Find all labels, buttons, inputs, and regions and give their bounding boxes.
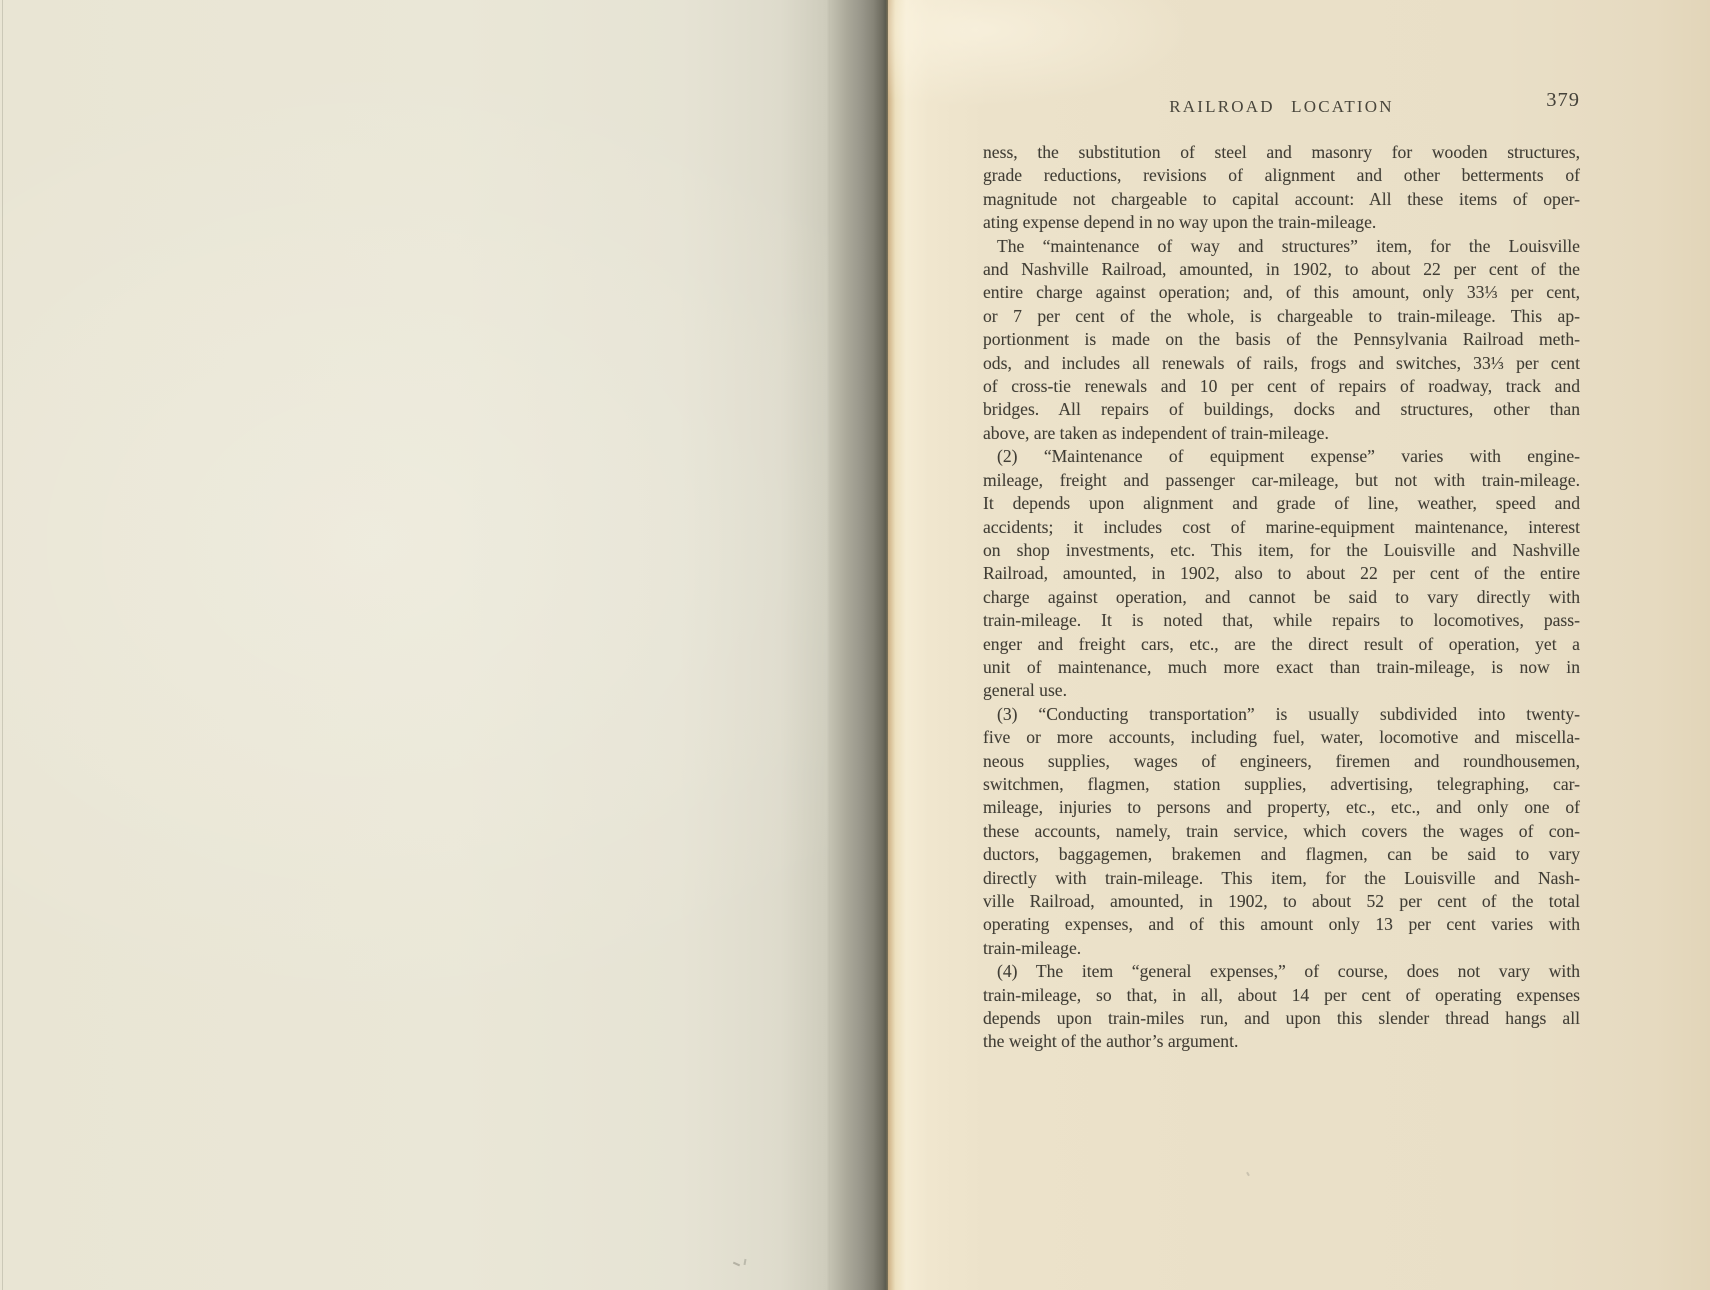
left-blank-page bbox=[0, 0, 830, 1290]
text-line: ness, the substitution of steel and maso… bbox=[983, 141, 1580, 164]
text-line: the weight of the author’s argument. bbox=[983, 1030, 1580, 1053]
text-line: on shop investments, etc. This item, for… bbox=[983, 539, 1580, 562]
text-line: operating expenses, and of this amount o… bbox=[983, 913, 1580, 936]
book-gutter-shadow bbox=[830, 0, 888, 1290]
text-line: (2) “Maintenance of equipment expense” v… bbox=[983, 445, 1580, 468]
text-line: accidents; it includes cost of marine-eq… bbox=[983, 516, 1580, 539]
text-line: and Nashville Railroad, amounted, in 190… bbox=[983, 258, 1580, 281]
paper-speck bbox=[1541, 763, 1544, 766]
text-line: switchmen, flagmen, station supplies, ad… bbox=[983, 773, 1580, 796]
text-line: mileage, injuries to persons and propert… bbox=[983, 796, 1580, 819]
text-line: magnitude not chargeable to capital acco… bbox=[983, 188, 1580, 211]
text-line: directly with train-mileage. This item, … bbox=[983, 867, 1580, 890]
text-line: bridges. All repairs of buildings, docks… bbox=[983, 398, 1580, 421]
text-line: unit of maintenance, much more exact tha… bbox=[983, 656, 1580, 679]
text-line: train-mileage, so that, in all, about 14… bbox=[983, 984, 1580, 1007]
text-block: ness, the substitution of steel and maso… bbox=[983, 141, 1580, 1054]
text-line: enger and freight cars, etc., are the di… bbox=[983, 633, 1580, 656]
text-line: these accounts, namely, train service, w… bbox=[983, 820, 1580, 843]
text-line: ville Railroad, amounted, in 1902, to ab… bbox=[983, 890, 1580, 913]
text-line: general use. bbox=[983, 679, 1580, 702]
text-line: ductors, baggagemen, brakemen and flagme… bbox=[983, 843, 1580, 866]
text-line: mileage, freight and passenger car-milea… bbox=[983, 469, 1580, 492]
text-line: train-mileage. It is noted that, while r… bbox=[983, 609, 1580, 632]
text-line: entire charge against operation; and, of… bbox=[983, 281, 1580, 304]
text-line: neous supplies, wages of engineers, fire… bbox=[983, 750, 1580, 773]
text-line: train-mileage. bbox=[983, 937, 1580, 960]
text-line: five or more accounts, including fuel, w… bbox=[983, 726, 1580, 749]
text-line: depends upon train-miles run, and upon t… bbox=[983, 1007, 1580, 1030]
page-number: 379 bbox=[983, 89, 1580, 112]
text-line: ating expense depend in no way upon the … bbox=[983, 211, 1580, 234]
text-line: Railroad, amounted, in 1902, also to abo… bbox=[983, 562, 1580, 585]
text-line: ods, and includes all renewals of rails,… bbox=[983, 352, 1580, 375]
text-line: above, are taken as independent of train… bbox=[983, 422, 1580, 445]
text-line: portionment is made on the basis of the … bbox=[983, 328, 1580, 351]
text-line: (3) “Conducting transportation” is usual… bbox=[983, 703, 1580, 726]
text-line: (4) The item “general expenses,” of cour… bbox=[983, 960, 1580, 983]
book-scan: RAILROAD LOCATION 379 ness, the substitu… bbox=[0, 0, 1710, 1290]
text-line: grade reductions, revisions of alignment… bbox=[983, 164, 1580, 187]
text-line: of cross-tie renewals and 10 per cent of… bbox=[983, 375, 1580, 398]
text-line: charge against operation, and cannot be … bbox=[983, 586, 1580, 609]
right-printed-page: RAILROAD LOCATION 379 ness, the substitu… bbox=[888, 0, 1710, 1290]
text-line: It depends upon alignment and grade of l… bbox=[983, 492, 1580, 515]
text-line: The “maintenance of way and structures” … bbox=[983, 235, 1580, 258]
text-line: or 7 per cent of the whole, is chargeabl… bbox=[983, 305, 1580, 328]
